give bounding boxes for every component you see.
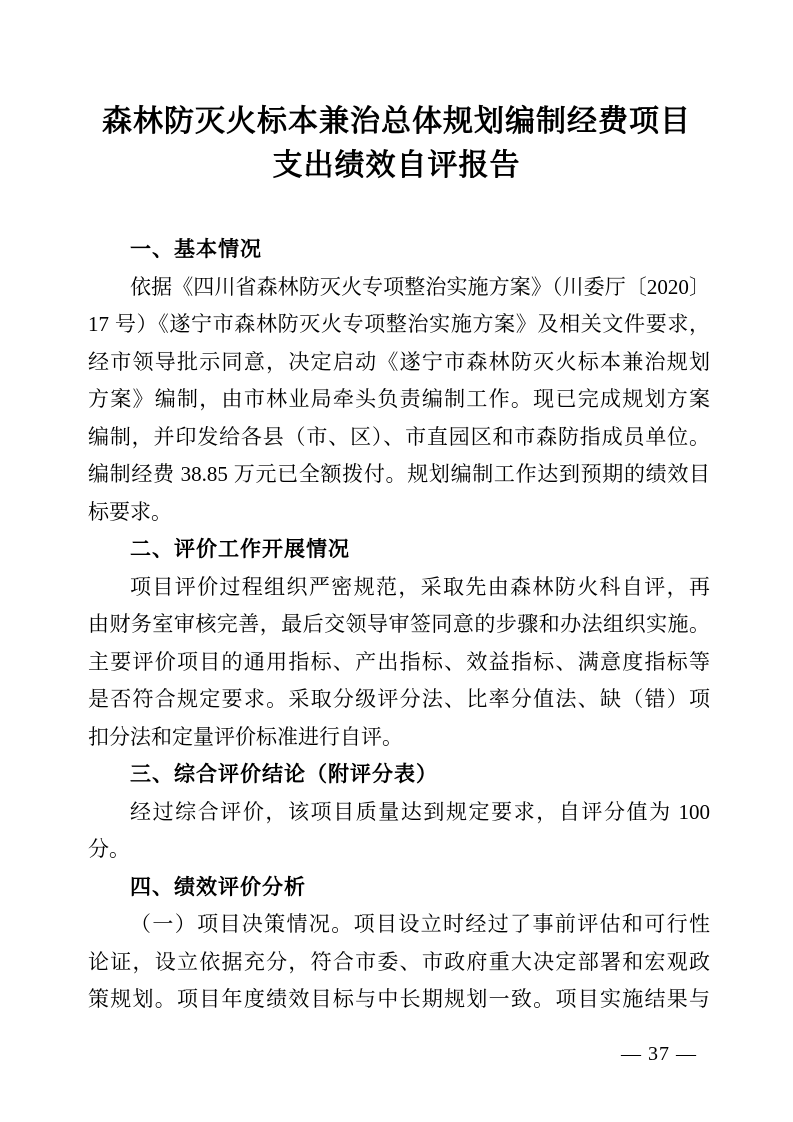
section-heading: 一、基本情况 xyxy=(88,231,710,269)
section-heading: 四、绩效评价分析 xyxy=(88,869,710,907)
paragraph-line: 扣分法和定量评价标准进行自评。 xyxy=(88,719,710,757)
paragraph-line: 经过综合评价，该项目质量达到规定要求，自评分值为 100 xyxy=(88,794,710,832)
paragraph-line: 经市领导批示同意，决定启动《遂宁市森林防灭火标本兼治规划 xyxy=(88,344,710,382)
paragraph-line: 由财务室审核完善，最后交领导审签同意的步骤和办法组织实施。 xyxy=(88,606,710,644)
paragraph-line: 论证，设立依据充分，符合市委、市政府重大决定部署和宏观政 xyxy=(88,944,710,982)
document-title: 森林防灭火标本兼治总体规划编制经费项目 支出绩效自评报告 xyxy=(60,100,733,188)
paragraph-line: 17 号）《遂宁市森林防灭火专项整治实施方案》及相关文件要求， xyxy=(88,306,710,344)
paragraph-line: 依据《四川省森林防灭火专项整治实施方案》（川委厅〔2020〕 xyxy=(88,269,710,307)
document-body: 一、基本情况依据《四川省森林防灭火专项整治实施方案》（川委厅〔2020〕17 号… xyxy=(88,231,710,1019)
paragraph-line: 项目评价过程组织严密规范，采取先由森林防火科自评，再 xyxy=(88,569,710,607)
document-page: 森林防灭火标本兼治总体规划编制经费项目 支出绩效自评报告 一、基本情况依据《四川… xyxy=(0,0,793,1122)
document-title-line1: 森林防灭火标本兼治总体规划编制经费项目 xyxy=(60,100,733,144)
paragraph-line: 编制，并印发给各县（市、区）、市直园区和市森防指成员单位。 xyxy=(88,419,710,457)
paragraph-line: 方案》编制，由市林业局牵头负责编制工作。现已完成规划方案 xyxy=(88,381,710,419)
paragraph: （一）项目决策情况。项目设立时经过了事前评估和可行性论证，设立依据充分，符合市委… xyxy=(88,906,710,1019)
document-title-line2: 支出绩效自评报告 xyxy=(60,144,733,188)
section-heading: 二、评价工作开展情况 xyxy=(88,531,710,569)
paragraph-line: 主要评价项目的通用指标、产出指标、效益指标、满意度指标等 xyxy=(88,644,710,682)
section-heading: 三、综合评价结论（附评分表） xyxy=(88,756,710,794)
paragraph-line: 策规划。项目年度绩效目标与中长期规划一致。项目实施结果与 xyxy=(88,981,710,1019)
paragraph-line: 是否符合规定要求。采取分级评分法、比率分值法、缺（错）项 xyxy=(88,681,710,719)
paragraph: 依据《四川省森林防灭火专项整治实施方案》（川委厅〔2020〕17 号）《遂宁市森… xyxy=(88,269,710,532)
paragraph-line: （一）项目决策情况。项目设立时经过了事前评估和可行性 xyxy=(88,906,710,944)
paragraph-line: 分。 xyxy=(88,831,710,869)
paragraph-line: 标要求。 xyxy=(88,494,710,532)
paragraph: 项目评价过程组织严密规范，采取先由森林防火科自评，再由财务室审核完善，最后交领导… xyxy=(88,569,710,757)
paragraph-line: 编制经费 38.85 万元已全额拨付。规划编制工作达到预期的绩效目 xyxy=(88,456,710,494)
paragraph: 经过综合评价，该项目质量达到规定要求，自评分值为 100分。 xyxy=(88,794,710,869)
page-number: — 37 — xyxy=(621,1042,697,1066)
